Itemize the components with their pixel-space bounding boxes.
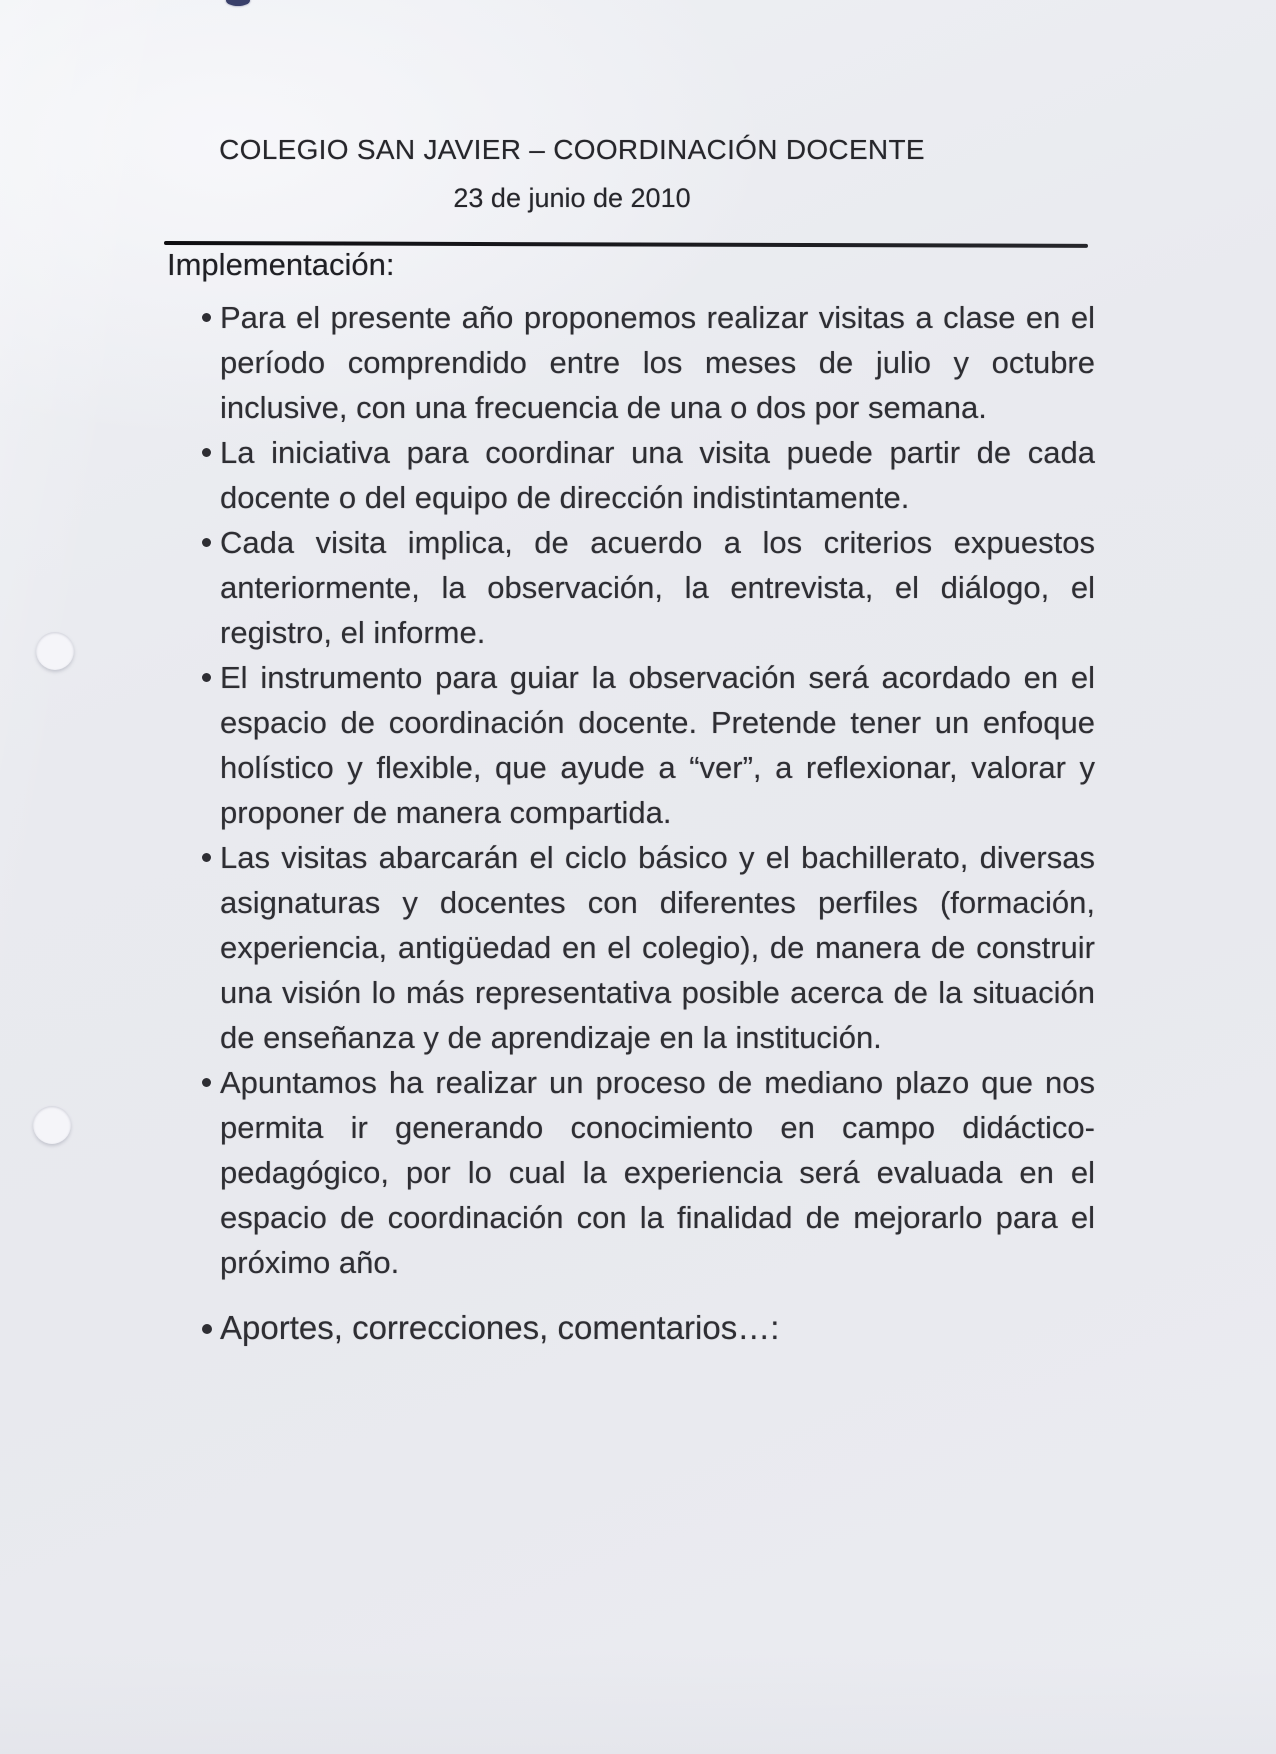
pen-mark [226,0,250,6]
hole-punch-icon [33,1106,71,1144]
hole-punch-icon [36,632,74,670]
bullet-item: El instrumento para guiar la observación… [201,655,1095,835]
bullet-item: Las visitas abarcarán el ciclo básico y … [201,835,1095,1060]
bullet-item: Apuntamos ha realizar un proceso de medi… [201,1060,1095,1285]
bullet-list: Para el presente año proponemos realizar… [201,295,1095,1353]
page-title: COLEGIO SAN JAVIER – COORDINACIÓN DOCENT… [165,134,979,166]
scanned-document-page: { "document": { "title": "COLEGIO SAN JA… [0,0,1276,1754]
bullet-item-final: Aportes, correcciones, comentarios…: [201,1303,1095,1353]
document-date: 23 de junio de 2010 [165,183,979,214]
bullet-item: Para el presente año proponemos realizar… [201,295,1095,430]
bullet-item: La iniciativa para coordinar una visita … [201,430,1095,520]
section-heading: Implementación: [167,247,394,283]
bullet-item: Cada visita implica, de acuerdo a los cr… [201,520,1095,655]
document-header: COLEGIO SAN JAVIER – COORDINACIÓN DOCENT… [165,134,979,214]
